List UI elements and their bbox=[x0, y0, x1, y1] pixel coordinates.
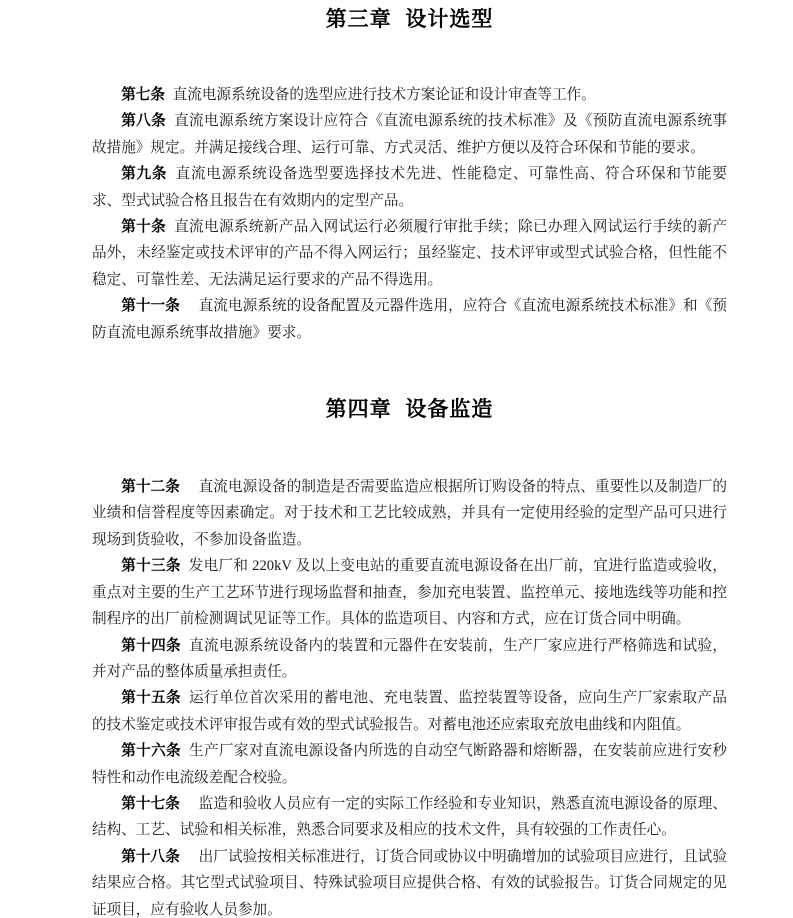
article-paragraph: 第十一条 直流电源系统的设备配置及元器件选用，应符合《直流电源系统技术标准》和《… bbox=[92, 293, 727, 346]
article-label: 第十五条 bbox=[121, 690, 181, 706]
article-paragraph: 第八条 直流电源系统方案设计应符合《直流电源系统的技术标准》及《预防直流电源系统… bbox=[92, 108, 727, 161]
article-paragraph: 第十五条 运行单位首次采用的蓄电池、充电装置、监控装置等设备，应向生产厂家索取产… bbox=[92, 685, 727, 738]
article-paragraph: 第十条 直流电源系统新产品入网试运行必须履行审批手续；除已办理入网试运行手续的新… bbox=[92, 214, 727, 293]
article-text: 直流电源系统设备选型要选择技术先进、性能稳定、可靠性高、符合环保和节能要求、型式… bbox=[92, 166, 727, 208]
chapter-title: 第四章 设备监造 bbox=[92, 396, 727, 424]
document-page: 第三章 设计选型 第七条 直流电源系统设备的选型应进行技术方案论证和设计审查等工… bbox=[0, 0, 793, 918]
article-label: 第十三条 bbox=[121, 558, 181, 574]
article-label: 第七条 bbox=[121, 87, 165, 103]
article-paragraph: 第七条 直流电源系统设备的选型应进行技术方案论证和设计审查等工作。 bbox=[92, 82, 727, 108]
article-paragraph: 第九条 直流电源系统设备选型要选择技术先进、性能稳定、可靠性高、符合环保和节能要… bbox=[92, 161, 727, 214]
article-paragraph: 第十三条 发电厂和 220kV 及以上变电站的重要直流电源设备在出厂前，宜进行监… bbox=[92, 553, 727, 632]
article-label: 第十八条 bbox=[121, 849, 180, 865]
article-separator bbox=[184, 796, 199, 812]
article-label: 第十二条 bbox=[121, 479, 180, 495]
article-label: 第十一条 bbox=[121, 298, 180, 314]
article-text: 直流电源系统新产品入网试运行必须履行审批手续；除已办理入网试运行手续的新产品外，… bbox=[92, 219, 727, 288]
chapter-articles: 第十二条 直流电源设备的制造是否需要监造应根据所订购设备的特点、重要性以及制造厂… bbox=[92, 474, 727, 918]
article-label: 第八条 bbox=[121, 113, 166, 129]
chapter-title: 第三章 设计选型 bbox=[92, 6, 727, 34]
article-text: 直流电源系统方案设计应符合《直流电源系统的技术标准》及《预防直流电源系统事故措施… bbox=[92, 113, 727, 155]
chapter-section: 第三章 设计选型 第七条 直流电源系统设备的选型应进行技术方案论证和设计审查等工… bbox=[92, 6, 727, 346]
chapter-articles: 第七条 直流电源系统设备的选型应进行技术方案论证和设计审查等工作。 第八条 直流… bbox=[92, 82, 727, 346]
article-label: 第十六条 bbox=[121, 743, 181, 759]
article-label: 第十四条 bbox=[121, 638, 181, 654]
article-separator bbox=[184, 298, 199, 314]
article-paragraph: 第十六条 生产厂家对直流电源设备内所选的自动空气断路器和熔断器，在安装前应进行安… bbox=[92, 738, 727, 791]
article-text: 直流电源系统设备的选型应进行技术方案论证和设计审查等工作。 bbox=[173, 87, 596, 103]
article-paragraph: 第十七条 监造和验收人员应有一定的实际工作经验和专业知识，熟悉直流电源设备的原理… bbox=[92, 791, 727, 844]
article-label: 第九条 bbox=[121, 166, 167, 182]
chapter-section: 第四章 设备监造 第十二条 直流电源设备的制造是否需要监造应根据所订购设备的特点… bbox=[92, 396, 727, 918]
article-label: 第十条 bbox=[121, 219, 166, 235]
article-paragraph: 第十二条 直流电源设备的制造是否需要监造应根据所订购设备的特点、重要性以及制造厂… bbox=[92, 474, 727, 553]
article-paragraph: 第十四条 直流电源系统设备内的装置和元器件在安装前，生产厂家应进行严格筛选和试验… bbox=[92, 633, 727, 686]
article-separator bbox=[184, 479, 199, 495]
article-label: 第十七条 bbox=[121, 796, 180, 812]
article-separator bbox=[184, 849, 199, 865]
article-paragraph: 第十八条 出厂试验按相关标准进行，订货合同或协议中明确增加的试验项目应进行，且试… bbox=[92, 844, 727, 918]
